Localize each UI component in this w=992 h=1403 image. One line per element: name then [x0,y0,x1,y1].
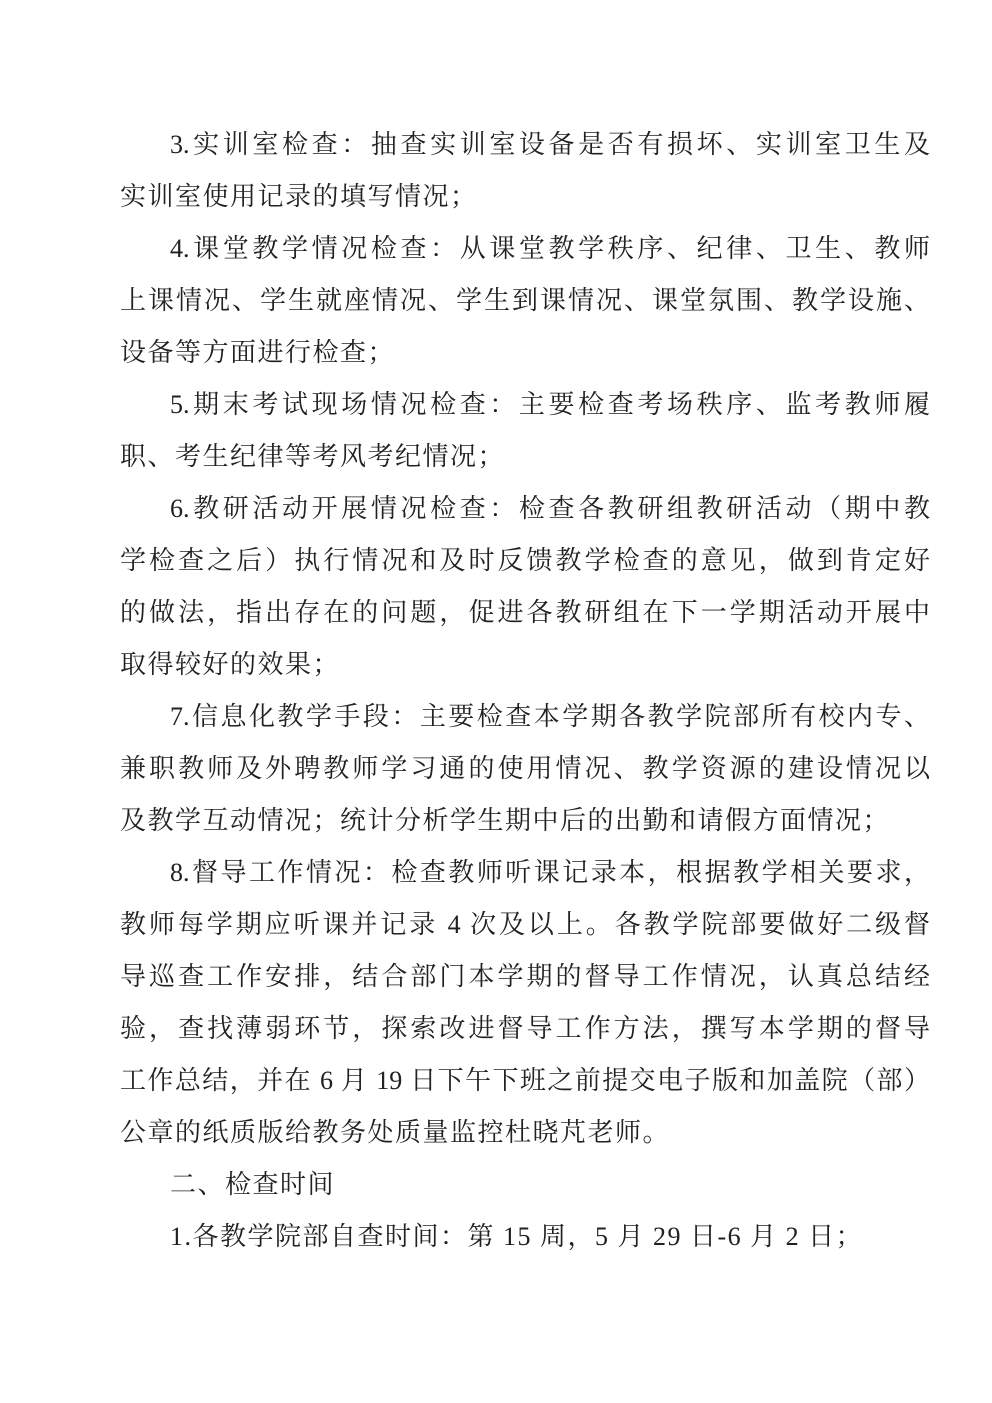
document-line: 公章的纸质版给教务处质量监控杜晓芃老师。 [120,1107,930,1159]
document-line: 3.实训室检查：抽查实训室设备是否有损坏、实训室卫生及 [120,119,930,171]
document-page: 3.实训室检查：抽查实训室设备是否有损坏、实训室卫生及 实训室使用记录的填写情况… [0,0,992,1403]
document-line: 工作总结，并在 6 月 19 日下午下班之前提交电子版和加盖院（部） [120,1055,930,1107]
document-line: 及教学互动情况；统计分析学生期中后的出勤和请假方面情况； [120,795,930,847]
document-line: 验，查找薄弱环节，探索改进督导工作方法，撰写本学期的督导 [120,1003,930,1055]
document-line: 导巡查工作安排，结合部门本学期的督导工作情况，认真总结经 [120,951,930,1003]
paragraph-item-8: 8.督导工作情况：检查教师听课记录本，根据教学相关要求， 教师每学期应听课并记录… [120,847,930,1159]
document-line: 学检查之后）执行情况和及时反馈教学检查的意见，做到肯定好 [120,535,930,587]
document-line: 兼职教师及外聘教师学习通的使用情况、教学资源的建设情况以 [120,743,930,795]
section-heading-2: 二、检查时间 [120,1159,930,1211]
document-line: 取得较好的效果； [120,639,930,691]
document-line: 5.期末考试现场情况检查：主要检查考场秩序、监考教师履 [120,379,930,431]
paragraph-item-3: 3.实训室检查：抽查实训室设备是否有损坏、实训室卫生及 实训室使用记录的填写情况… [120,119,930,223]
document-line: 6.教研活动开展情况检查：检查各教研组教研活动（期中教 [120,483,930,535]
document-line: 设备等方面进行检查； [120,327,930,379]
document-line: 的做法，指出存在的问题，促进各教研组在下一学期活动开展中 [120,587,930,639]
document-line: 教师每学期应听课并记录 4 次及以上。各教学院部要做好二级督 [120,899,930,951]
document-line: 上课情况、学生就座情况、学生到课情况、课堂氛围、教学设施、 [120,275,930,327]
section-heading-line: 二、检查时间 [120,1159,930,1211]
document-line: 7.信息化教学手段：主要检查本学期各教学院部所有校内专、 [120,691,930,743]
document-line: 4.课堂教学情况检查：从课堂教学秩序、纪律、卫生、教师 [120,223,930,275]
paragraph-item-5: 5.期末考试现场情况检查：主要检查考场秩序、监考教师履 职、考生纪律等考风考纪情… [120,379,930,483]
paragraph-item-4: 4.课堂教学情况检查：从课堂教学秩序、纪律、卫生、教师 上课情况、学生就座情况、… [120,223,930,379]
paragraph-item-7: 7.信息化教学手段：主要检查本学期各教学院部所有校内专、 兼职教师及外聘教师学习… [120,691,930,847]
paragraph-item-6: 6.教研活动开展情况检查：检查各教研组教研活动（期中教 学检查之后）执行情况和及… [120,483,930,691]
document-line: 1.各教学院部自查时间：第 15 周，5 月 29 日-6 月 2 日； [120,1211,930,1263]
document-line: 8.督导工作情况：检查教师听课记录本，根据教学相关要求， [120,847,930,899]
document-line: 实训室使用记录的填写情况； [120,171,930,223]
paragraph-item-ii-1: 1.各教学院部自查时间：第 15 周，5 月 29 日-6 月 2 日； [120,1211,930,1263]
document-line: 职、考生纪律等考风考纪情况； [120,431,930,483]
document-body: 3.实训室检查：抽查实训室设备是否有损坏、实训室卫生及 实训室使用记录的填写情况… [120,119,930,1263]
